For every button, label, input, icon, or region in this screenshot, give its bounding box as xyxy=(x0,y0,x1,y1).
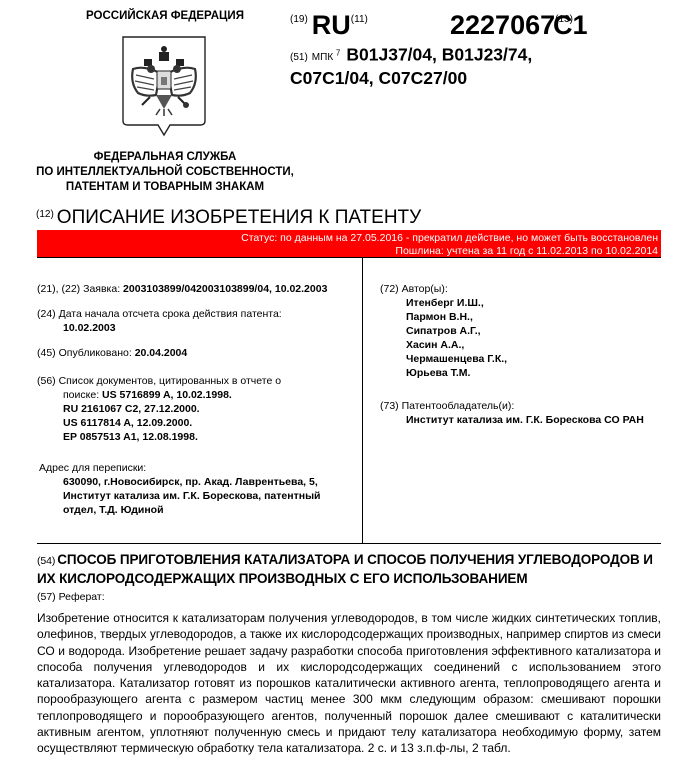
document-title-text: ОПИСАНИЕ ИЗОБРЕТЕНИЯ К ПАТЕНТУ xyxy=(57,207,421,228)
inid-code-19: (19) xyxy=(290,14,308,25)
citations-label-cont: поиске: xyxy=(63,389,99,401)
author-item: Пармон В.Н., xyxy=(380,310,507,324)
invention-title: (54)СПОСОБ ПРИГОТОВЛЕНИЯ КАТАЛИЗАТОРА И … xyxy=(37,551,667,587)
published-field: (45) Опубликовано: 20.04.2004 xyxy=(37,346,187,360)
fee-status-text: Пошлина: учтена за 11 год с 11.02.2013 п… xyxy=(395,245,658,257)
correspondence-address: Адрес для переписки: 630090, г.Новосибир… xyxy=(39,461,359,517)
ipc-codes-line: B01J37/04, B01J23/74, xyxy=(346,44,532,64)
address-label: Адрес для переписки: xyxy=(39,461,359,475)
kind-code: C1 xyxy=(553,10,588,41)
column-divider xyxy=(362,258,363,544)
country-code: (19)RU(11) xyxy=(290,10,368,41)
agency-line: ПО ИНТЕЛЛЕКТУАЛЬНОЙ СОБСТВЕННОСТИ, xyxy=(0,165,330,180)
document-number-row: (19)RU(11) 2227067(13) C1 xyxy=(290,10,670,44)
agency-name: ФЕДЕРАЛЬНАЯ СЛУЖБА ПО ИНТЕЛЛЕКТУАЛЬНОЙ С… xyxy=(0,150,330,195)
ipc-codes-line: C07C1/04, C07C27/00 xyxy=(290,68,680,88)
inid-code-54: (54) xyxy=(37,555,55,567)
citation-item: RU 2161067 C2, 27.12.2000. xyxy=(37,402,357,416)
address-line: 630090, г.Новосибирск, пр. Акад. Лаврент… xyxy=(39,475,359,489)
address-line: Институт катализа им. Г.К. Борескова, па… xyxy=(39,489,359,503)
status-text: Статус: по данным на 27.05.2016 - прекра… xyxy=(241,232,658,244)
holder-label: (73) Патентообладатель(и): xyxy=(380,399,644,413)
authors-label: (72) Автор(ы): xyxy=(380,282,507,296)
author-item: Чермашенцева Г.К., xyxy=(380,352,507,366)
section-divider xyxy=(37,543,661,544)
application-label: (21), (22) Заявка: xyxy=(37,283,120,295)
published-label: (45) Опубликовано: xyxy=(37,347,132,359)
agency-line: ПАТЕНТАМ И ТОВАРНЫМ ЗНАКАМ xyxy=(0,180,330,195)
inid-code-11: (11) xyxy=(351,14,368,25)
invention-title-text: СПОСОБ ПРИГОТОВЛЕНИЯ КАТАЛИЗАТОРА И СПОС… xyxy=(37,552,653,586)
author-item: Юрьева Т.М. xyxy=(380,366,507,380)
country-code-value: RU xyxy=(312,10,351,40)
inid-code-51: (51) xyxy=(290,52,308,63)
citation-item: EP 0857513 A1, 12.08.1998. xyxy=(37,430,357,444)
authors-field: (72) Автор(ы): Итенберг И.Ш., Пармон В.Н… xyxy=(380,282,507,380)
published-value: 20.04.2004 xyxy=(135,347,188,359)
agency-line: ФЕДЕРАЛЬНАЯ СЛУЖБА xyxy=(0,150,330,165)
ipc-label: МПК 7 xyxy=(312,52,341,63)
citation-item: US 6117814 A, 12.09.2000. xyxy=(37,416,357,430)
abstract-text: Изобретение относится к катализаторам по… xyxy=(37,610,661,757)
ipc-classification: (51)МПК 7B01J37/04, B01J23/74, C07C1/04,… xyxy=(290,44,680,88)
inid-code-12: (12) xyxy=(36,209,54,220)
term-start-value: 10.02.2003 xyxy=(63,322,116,334)
patent-holder-field: (73) Патентообладатель(и): Институт ката… xyxy=(380,399,644,427)
application-field: (21), (22) Заявка: 2003103899/0420031038… xyxy=(37,282,327,296)
address-line: отдел, Т.Д. Юдиной xyxy=(39,503,359,517)
citations-label: (56) Список документов, цитированных в о… xyxy=(37,374,357,388)
ipc-label-text: МПК xyxy=(312,52,333,63)
term-start-label: (24) Дата начала отсчета срока действия … xyxy=(37,307,282,321)
author-item: Сипатров А.Г., xyxy=(380,324,507,338)
author-item: Хасин А.А., xyxy=(380,338,507,352)
country-name: РОССИЙСКАЯ ФЕДЕРАЦИЯ xyxy=(0,10,330,22)
term-start-field: (24) Дата начала отсчета срока действия … xyxy=(37,307,282,335)
abstract-label: (57) Реферат: xyxy=(37,590,105,604)
patent-number-value: 2227067 xyxy=(450,10,555,40)
status-bar: Статус: по данным на 27.05.2016 - прекра… xyxy=(37,230,661,258)
holder-value: Институт катализа им. Г.К. Борескова СО … xyxy=(380,413,644,427)
document-title: (12)ОПИСАНИЕ ИЗОБРЕТЕНИЯ К ПАТЕНТУ xyxy=(36,207,421,229)
author-item: Итенберг И.Ш., xyxy=(380,296,507,310)
application-value: 2003103899/042003103899/04, 10.02.2003 xyxy=(123,283,327,295)
coat-of-arms-icon xyxy=(120,35,208,139)
citations-field: (56) Список документов, цитированных в о… xyxy=(37,374,357,444)
ipc-edition: 7 xyxy=(336,49,340,58)
citation-item: US 5716899 A, 10.02.1998. xyxy=(102,389,232,401)
